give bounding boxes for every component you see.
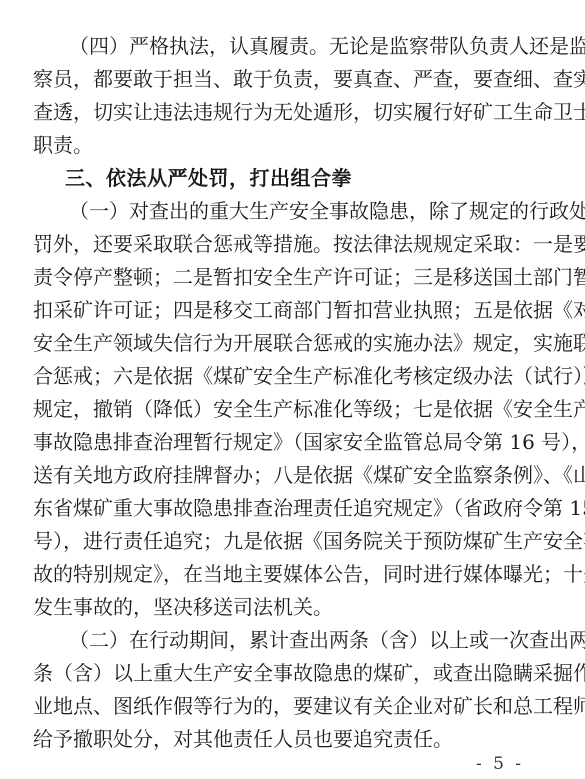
section3-paragraph-1-line-10: 东省煤矿重大事故隐患排查治理责任追究规定》（省政府令第 156 [33, 493, 533, 523]
section3-paragraph-2-line-4: 给予撤职处分，对其他责任人员也要追究责任。 [33, 724, 533, 754]
document-page: （四）严格执法，认真履责。无论是监察带队负责人还是监 察员，都要敢于担当、敢于负… [0, 0, 585, 779]
page-number: - 5 - [470, 752, 530, 776]
section3-paragraph-1-line-1: （一）对查出的重大生产安全事故隐患，除了规定的行政处 [69, 196, 533, 226]
section3-paragraph-2-line-2: 条（含）以上重大生产安全事故隐患的煤矿，或查出隐瞒采掘作 [33, 658, 533, 688]
section3-paragraph-1-line-4: 扣采矿许可证；四是移交工商部门暂扣营业执照；五是依据《对 [33, 295, 533, 325]
section3-paragraph-1-line-13: 发生事故的，坚决移送司法机关。 [33, 592, 533, 622]
paragraph-4-line-4: 职责。 [33, 130, 533, 160]
section3-paragraph-1-line-11: 号），进行责任追究；九是依据《国务院关于预防煤矿生产安全事 [33, 526, 533, 556]
section3-paragraph-2-line-1: （二）在行动期间，累计查出两条（含）以上或一次查出两 [69, 625, 533, 655]
paragraph-4-line-1: （四）严格执法，认真履责。无论是监察带队负责人还是监 [69, 31, 533, 61]
section3-paragraph-2-line-3: 业地点、图纸作假等行为的，要建议有关企业对矿长和总工程师 [33, 691, 533, 721]
section-heading: 三、依法从严处罚，打出组合拳 [65, 163, 365, 193]
paragraph-4-line-2: 察员，都要敢于担当、敢于负责，要真查、严查，要查细、查实、 [33, 64, 533, 94]
section3-paragraph-1-line-2: 罚外，还要采取联合惩戒等措施。按法律法规规定采取：一是要 [33, 229, 533, 259]
paragraph-4-line-3: 查透，切实让违法违规行为无处遁形，切实履行好矿工生命卫士 [33, 97, 533, 127]
section3-paragraph-1-line-9: 送有关地方政府挂牌督办；八是依据《煤矿安全监察条例》、《山 [33, 460, 533, 490]
section3-paragraph-1-line-3: 责令停产整顿；二是暂扣安全生产许可证；三是移送国土部门暂 [33, 262, 533, 292]
section3-paragraph-1-line-6: 合惩戒；六是依据《煤矿安全生产标准化考核定级办法（试行）》 [33, 361, 533, 391]
section3-paragraph-1-line-5: 安全生产领域失信行为开展联合惩戒的实施办法》规定，实施联 [33, 328, 533, 358]
section3-paragraph-1-line-8: 事故隐患排查治理暂行规定》（国家安全监管总局令第 16 号），移 [33, 427, 533, 457]
section3-paragraph-1-line-12: 故的特别规定》，在当地主要媒体公告，同时进行媒体曝光；十是 [33, 559, 533, 589]
section3-paragraph-1-line-7: 规定，撤销（降低）安全生产标准化等级；七是依据《安全生产 [33, 394, 533, 424]
